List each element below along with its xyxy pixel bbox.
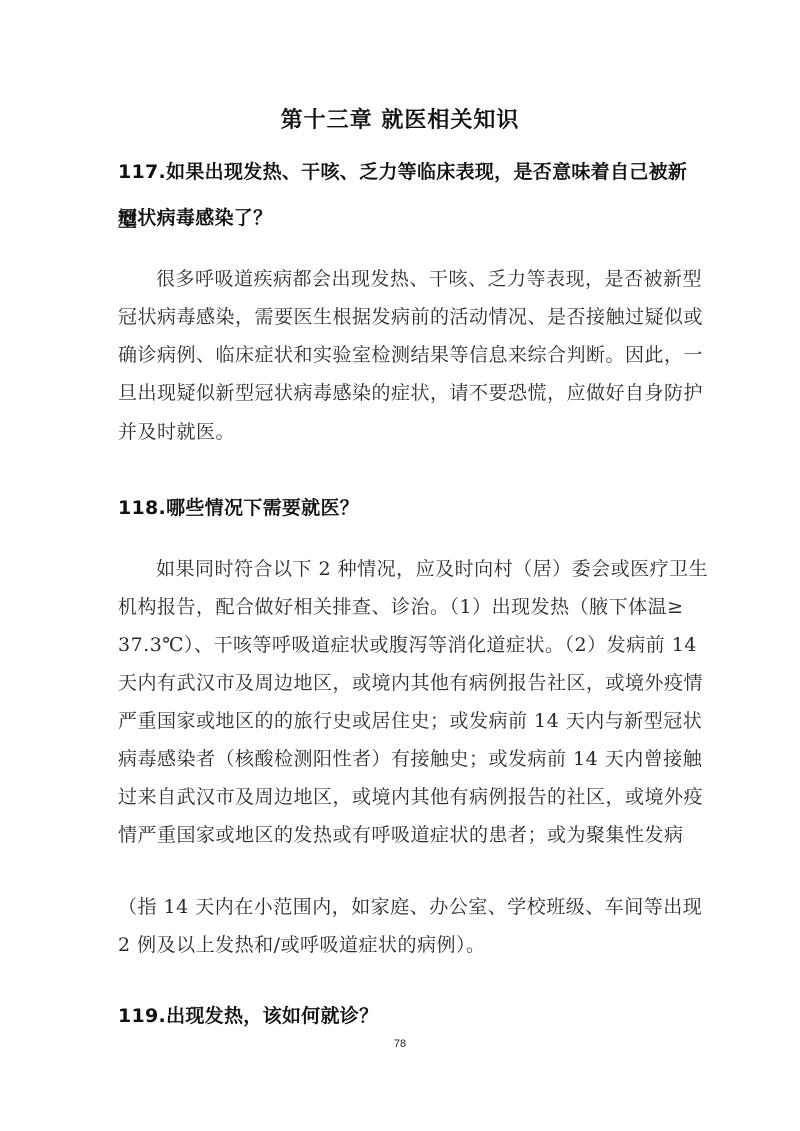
- document-page: 第十三章 就医相关知识 117.如果出现发热、干咳、乏力等临床表现，是否意味着自…: [0, 0, 800, 1131]
- chapter-title: 第十三章 就医相关知识: [0, 103, 800, 134]
- answer-118-line: 严重国家或地区的的旅行史或居住史；或发病前 14 天内与新型冠状: [118, 709, 718, 733]
- page-number: 78: [0, 1038, 800, 1050]
- answer-117-line: 旦出现疑似新型冠状病毒感染的症状，请不要恐慌，应做好自身防护: [118, 381, 718, 405]
- answer-118-line: 天内有武汉市及周边地区，或境内其他有病例报告社区，或境外疫情: [118, 671, 718, 695]
- answer-117-line: 并及时就医。: [118, 420, 718, 444]
- answer-117-line: 很多呼吸道疾病都会出现发热、干咳、乏力等表现，是否被新型: [156, 267, 756, 291]
- answer-117-line: 确诊病例、临床症状和实验室检测结果等信息来综合判断。因此，一: [118, 343, 718, 367]
- answer-118-line: 过来自武汉市及周边地区，或境内其他有病例报告的社区，或境外疫: [118, 785, 718, 809]
- question-119-heading: 119.出现发热，该如何就诊？: [118, 992, 698, 1040]
- answer-118-line: （指 14 天内在小范围内，如家庭、办公室、学校班级、车间等出现: [118, 895, 718, 919]
- answer-118-line: 机构报告，配合做好相关排查、诊治。（1）出现发热（腋下体温≥: [118, 595, 718, 619]
- question-118-heading: 118.哪些情况下需要就医？: [118, 484, 698, 532]
- question-117-heading-line-2: 冠状病毒感染了？: [118, 194, 698, 242]
- answer-118-line: 2 例及以上发热和/或呼吸道症状的病例）。: [118, 933, 718, 957]
- answer-117-line: 冠状病毒感染，需要医生根据发病前的活动情况、是否接触过疑似或: [118, 305, 718, 329]
- answer-118-line: 如果同时符合以下 2 种情况，应及时向村（居）委会或医疗卫生: [156, 557, 756, 581]
- answer-118-line: 病毒感染者（核酸检测阳性者）有接触史；或发病前 14 天内曾接触: [118, 747, 718, 771]
- answer-118-line: 37.3℃）、干咳等呼吸道症状或腹泻等消化道症状。（2）发病前 14: [118, 633, 718, 657]
- answer-118-line: 情严重国家或地区的发热或有呼吸道症状的患者；或为聚集性发病: [118, 823, 718, 847]
